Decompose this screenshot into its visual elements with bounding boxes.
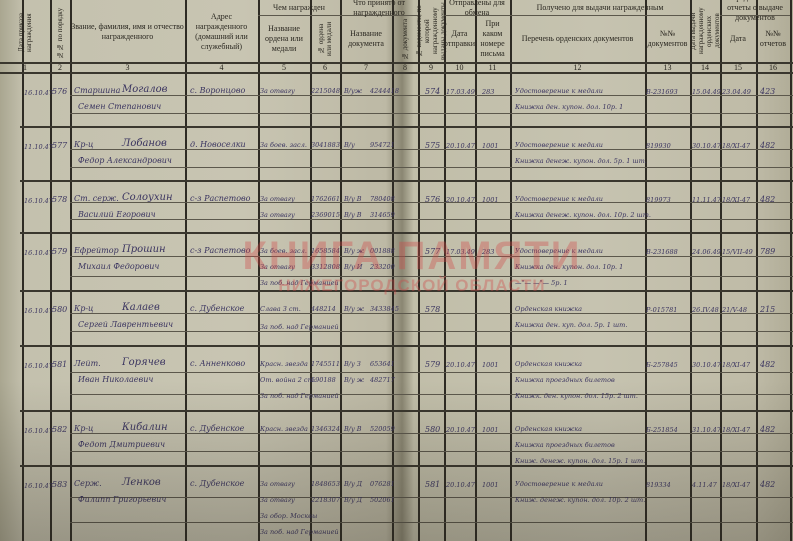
entry-number: 576 (52, 87, 67, 97)
report-date: 15/VII-49 (722, 247, 753, 257)
entry-number: 581 (52, 360, 67, 370)
order-date: 16.10.47 (24, 88, 53, 98)
column-rule (185, 0, 187, 541)
surname: Прошин (122, 245, 166, 255)
header-c3: Звание, фамилия, имя и отчество награжде… (70, 8, 185, 56)
letter-number: 1001 (482, 360, 499, 370)
award-name: От. война 2 ст. (260, 375, 316, 385)
document-item: Удостоверение к медали (515, 479, 603, 489)
document-item: —"— —"— 5р. 1 (515, 278, 568, 288)
header-c9: № ведомости, по которой награжденному вы… (418, 2, 444, 60)
award-name: За отвагу (260, 86, 295, 96)
writing-line (70, 522, 793, 523)
issue-date: 26.IV.48 (692, 305, 719, 315)
row-rule (20, 180, 793, 182)
award-number: 590188 (311, 375, 336, 385)
rank: Лейт. (74, 359, 101, 369)
document-number: 780408 (370, 194, 395, 204)
column-rule (510, 0, 512, 541)
report-date: 18/XI-47 (722, 360, 750, 370)
header-c7: Название документа (340, 18, 392, 60)
sent-date: 20.10.47 (446, 141, 475, 151)
header-rule (0, 72, 793, 74)
column-number: 2 (50, 63, 70, 72)
document-name: В/у (344, 140, 355, 150)
award-name: За отвагу (260, 194, 295, 204)
column-number: 1 (0, 63, 50, 72)
document-item: Книжка проездных билетов (515, 440, 615, 450)
address: с-з Распетово (190, 246, 250, 256)
order-date: 16.10.47 (24, 248, 53, 258)
writing-line (70, 331, 793, 332)
award-name: За отвагу (260, 210, 295, 220)
entry-number: 577 (52, 141, 67, 151)
entry-number: 579 (52, 247, 67, 257)
sent-date: 17.03.49 (446, 247, 475, 257)
vedomost-number: 577 (425, 247, 440, 257)
document-number: 954721 (370, 140, 395, 150)
writing-line (70, 451, 793, 452)
header-c11: При каком номере письма (475, 18, 510, 60)
document-number: 653641 (370, 359, 395, 369)
address: с. Воронцово (190, 86, 245, 96)
issue-date: 24.06.49 (692, 247, 721, 257)
column-number: 4 (185, 63, 258, 72)
entry-number: 578 (52, 195, 67, 205)
header-c1: Дата приказа награждения (0, 4, 50, 62)
header-g5_6: Чем награжден (258, 0, 340, 15)
document-number: 001888 (370, 246, 395, 256)
address: д. Новоселки (190, 140, 246, 150)
report-date: 18/XI-47 (722, 480, 750, 490)
sent-date: 20.10.47 (446, 195, 475, 205)
header-g7_8: Что принято от награжденного (340, 0, 418, 15)
address: с. Дубенское (190, 304, 244, 314)
report-date: 21/V-48 (722, 305, 747, 315)
document-numbers: В-231693 (646, 87, 678, 97)
award-number: 2369015 (311, 210, 340, 220)
document-item: Книжка ден. куп. дол. 5р. 1 шт. (515, 320, 627, 330)
document-numbers: 819973 (646, 195, 671, 205)
document-name: В/у В (344, 210, 362, 220)
group-rule (258, 15, 340, 16)
document-item: Орденская книжка (515, 359, 582, 369)
row-rule (20, 232, 793, 234)
column-number: 8 (392, 63, 418, 72)
sent-date: 20.10.47 (446, 360, 475, 370)
vedomost-number: 579 (425, 360, 440, 370)
sent-date: 20.10.47 (446, 480, 475, 490)
surname: Ленков (122, 478, 161, 488)
document-number: 314659 (370, 210, 395, 220)
award-number: 1346324 (311, 424, 340, 434)
document-name: В/у ж (344, 375, 364, 385)
issue-date: 30.10.47 (692, 360, 721, 370)
order-date: 16.10.47 (24, 426, 53, 436)
rank: Кр-ц (74, 304, 94, 314)
document-number: 502061 (370, 495, 395, 505)
given-names: Сергей Лаврентьевич (78, 320, 173, 330)
column-rule (50, 0, 52, 541)
row-rule (20, 290, 793, 292)
writing-line (70, 372, 793, 373)
award-name: За отвагу (260, 262, 295, 272)
given-names: Федор Александрович (78, 156, 172, 166)
entry-number: 580 (52, 305, 67, 315)
award-name: Красн. звезда (260, 424, 308, 434)
given-names: Михаил Федорович (78, 262, 159, 272)
document-item: Удостоверение к медали (515, 140, 603, 150)
document-number: 233200 (370, 262, 395, 272)
document-name: В/у ж (344, 246, 364, 256)
rank: Старшина (74, 86, 120, 96)
report-number: 482 (760, 480, 775, 490)
column-rule (690, 0, 692, 541)
document-item: Книж. денеж. купон. дол. 10р. 2 шт. (515, 495, 645, 505)
document-name: В/у В (344, 424, 362, 434)
document-name: В/у И (344, 262, 362, 272)
document-item: Книжка ден. купон. дол. 10р. 1 (515, 262, 623, 272)
order-date: 16.10.47 (24, 306, 53, 316)
vedomost-number: 574 (425, 87, 440, 97)
document-number: 482717 (370, 375, 395, 385)
medal-note: За поб. над Германией (260, 391, 339, 401)
issue-date: 30.10.47 (692, 141, 721, 151)
surname: Калаев (122, 303, 160, 313)
award-number: 2218307 (311, 495, 340, 505)
order-date: 16.10.47 (24, 361, 53, 371)
award-number: 1848653 (311, 479, 340, 489)
column-rule (418, 0, 420, 541)
rank: Кр-ц (74, 424, 94, 434)
column-rule (756, 0, 758, 541)
row-rule (20, 126, 793, 128)
address: с. Анненково (190, 359, 245, 369)
writing-line (70, 394, 793, 395)
given-names: Иван Николаевич (78, 375, 153, 385)
award-name: За боев. засл. (260, 246, 307, 256)
document-number: 3433845 (370, 304, 399, 314)
given-names: Семен Степанович (78, 102, 161, 112)
given-names: Федот Дмитриевич (78, 440, 165, 450)
row-rule (20, 410, 793, 412)
writing-line (70, 276, 793, 277)
letter-number: 1001 (482, 195, 499, 205)
vedomost-number: 576 (425, 195, 440, 205)
sent-date: 20.10.47 (446, 425, 475, 435)
given-names: Филипп Григорьевич (78, 495, 166, 505)
report-date: 18/XI-47 (722, 425, 750, 435)
report-number: 423 (760, 87, 775, 97)
order-date: 16.10.47 (24, 481, 53, 491)
header-c16: №№ отчетов (756, 18, 790, 60)
address: с-з Распетово (190, 194, 250, 204)
report-number: 482 (760, 425, 775, 435)
group-rule (510, 15, 690, 16)
vedomost-number: 581 (425, 480, 440, 490)
writing-line (70, 497, 793, 498)
document-name: В/у В (344, 194, 362, 204)
letter-number: 1001 (482, 141, 499, 151)
surname: Могалов (122, 85, 167, 95)
award-number: 1658584 (311, 246, 340, 256)
column-number: 10 (444, 63, 475, 72)
report-number: 215 (760, 305, 775, 315)
document-name: В/уж (344, 86, 362, 96)
column-number: 7 (340, 63, 392, 72)
column-number: 3 (70, 63, 185, 72)
medal-note: За обор. Москвы (260, 511, 317, 521)
document-item: Удостоверение к медали (515, 194, 603, 204)
document-number: 520059 (370, 424, 395, 434)
medal-note: За поб. над Германией (260, 322, 339, 332)
document-name: В/у З (344, 359, 361, 369)
award-number: 1745511 (311, 359, 340, 369)
column-rule (22, 0, 24, 541)
surname: Кибалин (122, 423, 168, 433)
letter-number: 283 (482, 247, 494, 257)
vedomost-number: 580 (425, 425, 440, 435)
award-name: Слава 3 ст. (260, 304, 301, 314)
award-number: 448214 (311, 304, 336, 314)
address: с. Дубенское (190, 424, 244, 434)
header-c12: Перечень орденских документов (510, 18, 645, 60)
header-g10_11: Отправлены для обмена (444, 0, 510, 15)
document-numbers: 819334 (646, 480, 671, 490)
report-date: 18/XI-47 (722, 141, 750, 151)
row-rule (20, 465, 793, 467)
surname: Солоухин (122, 193, 173, 203)
issue-date: 15.04.49 (692, 87, 721, 97)
column-rule (475, 0, 477, 541)
rank: Серж. (74, 479, 102, 489)
document-item: Книжка денеж. купон. дол. 5р. 1 шт. (515, 156, 647, 166)
writing-line (70, 167, 793, 168)
document-item: Книжк. ден. купон. дол. 15р. 2 шт. (515, 391, 638, 401)
report-date: 18/XI-47 (722, 195, 750, 205)
column-number: 14 (690, 63, 720, 72)
column-rule (444, 0, 446, 541)
order-date: 16.10.47 (24, 196, 53, 206)
award-name: За боев. засл. (260, 140, 307, 150)
report-number: 789 (760, 247, 775, 257)
document-item: Книж. денеж. купон. дол. 15р. 1 шт. (515, 456, 645, 466)
document-item: Орденская книжка (515, 424, 582, 434)
report-number: 482 (760, 360, 775, 370)
report-number: 482 (760, 195, 775, 205)
entry-number: 582 (52, 425, 67, 435)
document-numbers: В-231688 (646, 247, 678, 257)
award-name: Красн. звезда (260, 359, 308, 369)
letter-number: 1001 (482, 480, 499, 490)
address: с. Дубенское (190, 479, 244, 489)
rank: Кр-ц (74, 140, 94, 150)
column-rule (790, 0, 792, 541)
medal-note: За поб. над Германией (260, 527, 339, 537)
document-name: В/у Д (344, 495, 362, 505)
issue-date: 11.11.47 (692, 195, 721, 205)
column-number: 9 (418, 63, 444, 72)
entry-number: 583 (52, 480, 67, 490)
row-rule (20, 345, 793, 347)
column-number: 11 (475, 63, 510, 72)
column-number: 12 (510, 63, 645, 72)
document-numbers: 819930 (646, 141, 671, 151)
letter-number: 1001 (482, 425, 499, 435)
column-number: 5 (258, 63, 310, 72)
header-c13: №№ документов (645, 18, 690, 60)
document-item: Удостоверение к медали (515, 246, 603, 256)
header-c2: №№ по порядку (50, 4, 70, 62)
header-c10: Дата отправки (444, 18, 475, 60)
report-number: 482 (760, 141, 775, 151)
document-numbers: Б-251854 (646, 425, 678, 435)
given-names: Василий Егорович (78, 210, 156, 220)
writing-line (70, 219, 793, 220)
header-c14: Дата выдачи награжденному орденских доку… (690, 2, 720, 60)
report-date: 23.04.49 (722, 87, 751, 97)
document-item: Книжка ден. купон. дол. 10р. 1 (515, 102, 623, 112)
document-item: Книжка проездных билетов (515, 375, 615, 385)
surname: Горячев (122, 358, 166, 368)
header-c4: Адрес награжденного (домашний или служеб… (185, 8, 258, 56)
order-date: 11.10.47 (24, 142, 53, 152)
column-number: 13 (645, 63, 690, 72)
document-number: 4244418 (370, 86, 399, 96)
vedomost-number: 578 (425, 305, 440, 315)
document-item: Книжка денеж. купон. дол. 10р. 2 шт. (515, 210, 651, 220)
award-number: 1762661 (311, 194, 340, 204)
document-number: 076281 (370, 479, 395, 489)
award-name: За отвагу (260, 479, 295, 489)
surname: Лобанов (122, 139, 167, 149)
award-name: За отвагу (260, 495, 295, 505)
column-number: 15 (720, 63, 756, 72)
issue-date: 31.10.47 (692, 425, 721, 435)
left-page (0, 0, 402, 541)
document-item: Орденская книжка (515, 304, 582, 314)
document-numbers: Б-257845 (646, 360, 678, 370)
document-name: В/у Д (344, 479, 362, 489)
header-c5: Название ордена или медали (258, 18, 310, 60)
award-number: 3312808 (311, 262, 340, 272)
writing-line (70, 113, 793, 114)
award-number: 2215048 (311, 86, 340, 96)
header-c6: № ордена или медали (310, 18, 340, 60)
document-item: Удостоверение к медали (515, 86, 603, 96)
column-number: 6 (310, 63, 340, 72)
column-number: 16 (756, 63, 790, 72)
award-number: 3041883 (311, 140, 340, 150)
document-numbers: Р-015781 (646, 305, 677, 315)
sent-date: 17.03.49 (446, 87, 475, 97)
document-name: В/у ж (344, 304, 364, 314)
header-g12_13: Получено для выдачи награжденным (510, 0, 690, 15)
header-g15_16: Представлены отчеты о выдаче документов (720, 0, 790, 15)
rank: Ст. серж. (74, 194, 119, 204)
column-rule (70, 0, 72, 541)
column-rule (340, 0, 342, 541)
issue-date: 4.11.47 (692, 480, 717, 490)
vedomost-number: 575 (425, 141, 440, 151)
rank: Ефрейтор (74, 246, 119, 256)
medal-note: За поб. над Германией (260, 278, 339, 288)
header-c15: Дата (720, 18, 756, 60)
column-rule (720, 0, 722, 541)
letter-number: 283 (482, 87, 494, 97)
